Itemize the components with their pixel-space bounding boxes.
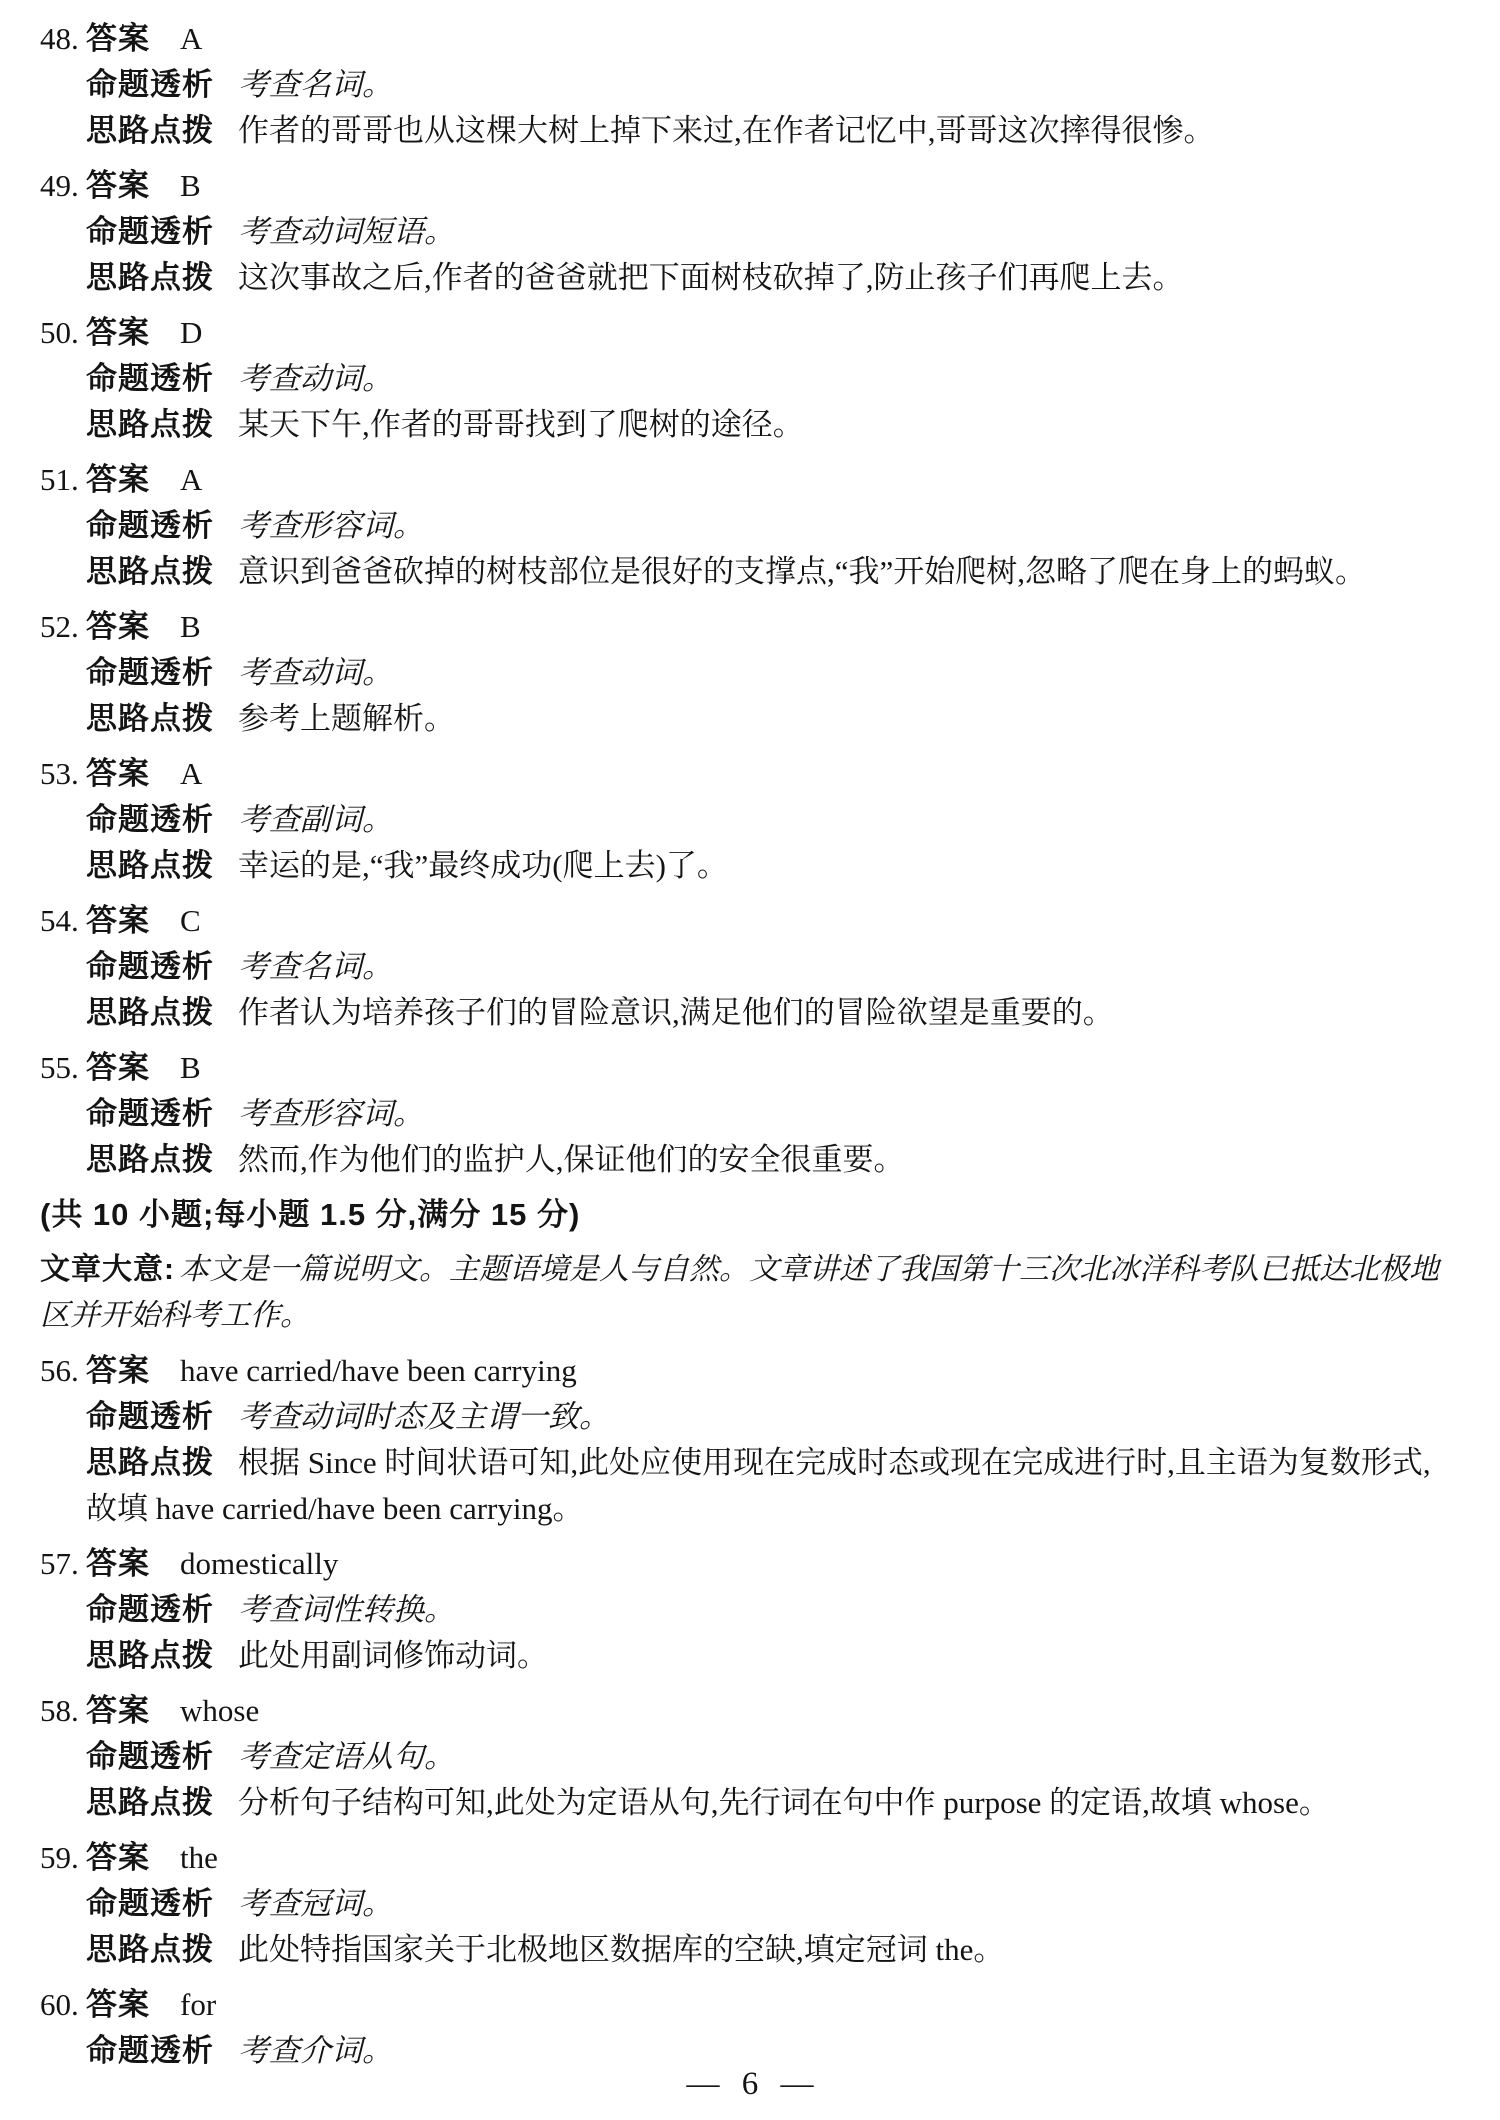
tips-line: 思路点拨此处用副词修饰动词。 bbox=[40, 1633, 1458, 1679]
answer-item: 57.答案domestically 命题透析考查词性转换。 思路点拨此处用副词修… bbox=[40, 1541, 1458, 1679]
tips-label: 思路点拨 bbox=[86, 113, 214, 148]
item-number: 52. bbox=[40, 604, 86, 650]
tips-label: 思路点拨 bbox=[86, 407, 214, 442]
answer-label: 答案 bbox=[86, 315, 150, 350]
answer-label: 答案 bbox=[86, 1840, 150, 1875]
analysis-label: 命题透析 bbox=[86, 1739, 214, 1774]
tips-line: 思路点拨作者认为培养孩子们的冒险意识,满足他们的冒险欲望是重要的。 bbox=[40, 990, 1458, 1036]
answer-value: domestically bbox=[180, 1546, 338, 1581]
tips-line: 思路点拨根据 Since 时间状语可知,此处应使用现在完成时态或现在完成进行时,… bbox=[40, 1440, 1458, 1532]
tips-label: 思路点拨 bbox=[86, 1785, 214, 1820]
answer-value: A bbox=[180, 21, 202, 56]
tips-line: 思路点拨幸运的是,“我”最终成功(爬上去)了。 bbox=[40, 843, 1458, 889]
tips-text: 这次事故之后,作者的爸爸就把下面树枝砍掉了,防止孩子们再爬上去。 bbox=[238, 260, 1184, 295]
tips-line: 思路点拨然而,作为他们的监护人,保证他们的安全很重要。 bbox=[40, 1137, 1458, 1183]
answer-label: 答案 bbox=[86, 1693, 150, 1728]
analysis-label: 命题透析 bbox=[86, 1592, 214, 1627]
answer-item: 59.答案the 命题透析考查冠词。 思路点拨此处特指国家关于北极地区数据库的空… bbox=[40, 1835, 1458, 1973]
answer-item: 55.答案B 命题透析考查形容词。 思路点拨然而,作为他们的监护人,保证他们的安… bbox=[40, 1045, 1458, 1183]
tips-label: 思路点拨 bbox=[86, 995, 214, 1030]
answer-value: B bbox=[180, 168, 201, 203]
answer-line: 58.答案whose bbox=[40, 1688, 1458, 1734]
section-score-note: (共 10 小题;每小题 1.5 分,满分 15 分) bbox=[40, 1192, 1458, 1238]
answer-line: 55.答案B bbox=[40, 1045, 1458, 1091]
answer-value: whose bbox=[180, 1693, 259, 1728]
answer-item: 50.答案D 命题透析考查动词。 思路点拨某天下午,作者的哥哥找到了爬树的途径。 bbox=[40, 310, 1458, 448]
answer-line: 51.答案A bbox=[40, 457, 1458, 503]
tips-line: 思路点拨某天下午,作者的哥哥找到了爬树的途径。 bbox=[40, 402, 1458, 448]
item-number: 60. bbox=[40, 1982, 86, 2028]
tips-label: 思路点拨 bbox=[86, 1932, 214, 1967]
item-number: 58. bbox=[40, 1688, 86, 1734]
answer-line: 53.答案A bbox=[40, 751, 1458, 797]
summary-text: 本文是一篇说明文。主题语境是人与自然。文章讲述了我国第十三次北冰洋科考队已抵达北… bbox=[40, 1253, 1439, 1332]
analysis-text: 考查词性转换。 bbox=[238, 1592, 455, 1627]
tips-line: 思路点拨此处特指国家关于北极地区数据库的空缺,填定冠词 the。 bbox=[40, 1927, 1458, 1973]
answer-value: A bbox=[180, 462, 202, 497]
page-number: — 6 — bbox=[0, 2064, 1500, 2104]
answer-item: 51.答案A 命题透析考查形容词。 思路点拨意识到爸爸砍掉的树枝部位是很好的支撑… bbox=[40, 457, 1458, 595]
tips-label: 思路点拨 bbox=[86, 554, 214, 589]
answer-value: C bbox=[180, 903, 201, 938]
analysis-line: 命题透析考查冠词。 bbox=[40, 1881, 1458, 1927]
analysis-line: 命题透析考查形容词。 bbox=[40, 503, 1458, 549]
analysis-label: 命题透析 bbox=[86, 949, 214, 984]
answer-line: 50.答案D bbox=[40, 310, 1458, 356]
analysis-text: 考查动词。 bbox=[238, 361, 393, 396]
analysis-line: 命题透析考查动词短语。 bbox=[40, 209, 1458, 255]
tips-text: 分析句子结构可知,此处为定语从句,先行词在句中作 purpose 的定语,故填 … bbox=[238, 1785, 1330, 1820]
answer-label: 答案 bbox=[86, 903, 150, 938]
answer-item: 49.答案B 命题透析考查动词短语。 思路点拨这次事故之后,作者的爸爸就把下面树… bbox=[40, 163, 1458, 301]
answer-line: 52.答案B bbox=[40, 604, 1458, 650]
item-number: 54. bbox=[40, 898, 86, 944]
tips-line: 思路点拨这次事故之后,作者的爸爸就把下面树枝砍掉了,防止孩子们再爬上去。 bbox=[40, 255, 1458, 301]
analysis-text: 考查动词短语。 bbox=[238, 214, 455, 249]
tips-text: 根据 Since 时间状语可知,此处应使用现在完成时态或现在完成进行时,且主语为… bbox=[86, 1445, 1431, 1526]
analysis-line: 命题透析考查形容词。 bbox=[40, 1091, 1458, 1137]
analysis-line: 命题透析考查名词。 bbox=[40, 62, 1458, 108]
answer-label: 答案 bbox=[86, 1050, 150, 1085]
answer-line: 54.答案C bbox=[40, 898, 1458, 944]
analysis-text: 考查形容词。 bbox=[238, 1096, 424, 1131]
tips-label: 思路点拨 bbox=[86, 1445, 214, 1480]
tips-line: 思路点拨作者的哥哥也从这棵大树上掉下来过,在作者记忆中,哥哥这次摔得很惨。 bbox=[40, 108, 1458, 154]
passage-summary: 文章大意:本文是一篇说明文。主题语境是人与自然。文章讲述了我国第十三次北冰洋科考… bbox=[40, 1247, 1458, 1339]
tips-line: 思路点拨意识到爸爸砍掉的树枝部位是很好的支撑点,“我”开始爬树,忽略了爬在身上的… bbox=[40, 549, 1458, 595]
analysis-line: 命题透析考查副词。 bbox=[40, 797, 1458, 843]
answer-label: 答案 bbox=[86, 1353, 150, 1388]
answer-value: B bbox=[180, 1050, 201, 1085]
analysis-label: 命题透析 bbox=[86, 1096, 214, 1131]
tips-text: 作者的哥哥也从这棵大树上掉下来过,在作者记忆中,哥哥这次摔得很惨。 bbox=[238, 113, 1215, 148]
analysis-label: 命题透析 bbox=[86, 67, 214, 102]
item-number: 48. bbox=[40, 16, 86, 62]
tips-text: 参考上题解析。 bbox=[238, 701, 455, 736]
answer-value: B bbox=[180, 609, 201, 644]
answer-item: 48.答案A 命题透析考查名词。 思路点拨作者的哥哥也从这棵大树上掉下来过,在作… bbox=[40, 16, 1458, 154]
answer-value: A bbox=[180, 756, 202, 791]
answer-line: 59.答案the bbox=[40, 1835, 1458, 1881]
tips-label: 思路点拨 bbox=[86, 1142, 214, 1177]
summary-label: 文章大意: bbox=[40, 1253, 175, 1286]
answer-item: 53.答案A 命题透析考查副词。 思路点拨幸运的是,“我”最终成功(爬上去)了。 bbox=[40, 751, 1458, 889]
item-number: 56. bbox=[40, 1348, 86, 1394]
answer-label: 答案 bbox=[86, 462, 150, 497]
analysis-label: 命题透析 bbox=[86, 802, 214, 837]
answer-label: 答案 bbox=[86, 1987, 150, 2022]
item-number: 51. bbox=[40, 457, 86, 503]
tips-line: 思路点拨参考上题解析。 bbox=[40, 696, 1458, 742]
tips-text: 幸运的是,“我”最终成功(爬上去)了。 bbox=[238, 848, 728, 883]
item-number: 57. bbox=[40, 1541, 86, 1587]
item-number: 55. bbox=[40, 1045, 86, 1091]
answer-item: 52.答案B 命题透析考查动词。 思路点拨参考上题解析。 bbox=[40, 604, 1458, 742]
analysis-line: 命题透析考查定语从句。 bbox=[40, 1734, 1458, 1780]
analysis-text: 考查动词时态及主谓一致。 bbox=[238, 1399, 610, 1434]
analysis-text: 考查名词。 bbox=[238, 949, 393, 984]
analysis-label: 命题透析 bbox=[86, 214, 214, 249]
answer-label: 答案 bbox=[86, 21, 150, 56]
tips-text: 某天下午,作者的哥哥找到了爬树的途径。 bbox=[238, 407, 804, 442]
tips-text: 此处用副词修饰动词。 bbox=[238, 1638, 548, 1673]
item-number: 59. bbox=[40, 1835, 86, 1881]
tips-label: 思路点拨 bbox=[86, 260, 214, 295]
answer-label: 答案 bbox=[86, 1546, 150, 1581]
analysis-line: 命题透析考查动词。 bbox=[40, 356, 1458, 402]
tips-label: 思路点拨 bbox=[86, 701, 214, 736]
tips-text: 然而,作为他们的监护人,保证他们的安全很重要。 bbox=[238, 1142, 905, 1177]
analysis-line: 命题透析考查动词。 bbox=[40, 650, 1458, 696]
analysis-label: 命题透析 bbox=[86, 1886, 214, 1921]
document-page: 48.答案A 命题透析考查名词。 思路点拨作者的哥哥也从这棵大树上掉下来过,在作… bbox=[0, 0, 1500, 2120]
analysis-line: 命题透析考查动词时态及主谓一致。 bbox=[40, 1394, 1458, 1440]
analysis-label: 命题透析 bbox=[86, 508, 214, 543]
item-number: 53. bbox=[40, 751, 86, 797]
tips-text: 意识到爸爸砍掉的树枝部位是很好的支撑点,“我”开始爬树,忽略了爬在身上的蚂蚁。 bbox=[238, 554, 1366, 589]
answer-label: 答案 bbox=[86, 756, 150, 791]
item-number: 50. bbox=[40, 310, 86, 356]
analysis-text: 考查冠词。 bbox=[238, 1886, 393, 1921]
tips-line: 思路点拨分析句子结构可知,此处为定语从句,先行词在句中作 purpose 的定语… bbox=[40, 1780, 1458, 1826]
analysis-label: 命题透析 bbox=[86, 2033, 214, 2068]
analysis-text: 考查形容词。 bbox=[238, 508, 424, 543]
analysis-line: 命题透析考查名词。 bbox=[40, 944, 1458, 990]
analysis-label: 命题透析 bbox=[86, 1399, 214, 1434]
analysis-text: 考查动词。 bbox=[238, 655, 393, 690]
item-number: 49. bbox=[40, 163, 86, 209]
answer-line: 60.答案for bbox=[40, 1982, 1458, 2028]
answer-key-content: 48.答案A 命题透析考查名词。 思路点拨作者的哥哥也从这棵大树上掉下来过,在作… bbox=[0, 0, 1500, 2074]
answer-line: 57.答案domestically bbox=[40, 1541, 1458, 1587]
answer-item: 54.答案C 命题透析考查名词。 思路点拨作者认为培养孩子们的冒险意识,满足他们… bbox=[40, 898, 1458, 1036]
answer-label: 答案 bbox=[86, 168, 150, 203]
answer-item: 58.答案whose 命题透析考查定语从句。 思路点拨分析句子结构可知,此处为定… bbox=[40, 1688, 1458, 1826]
analysis-text: 考查副词。 bbox=[238, 802, 393, 837]
tips-text: 此处特指国家关于北极地区数据库的空缺,填定冠词 the。 bbox=[238, 1932, 1004, 1967]
analysis-text: 考查定语从句。 bbox=[238, 1739, 455, 1774]
answer-line: 49.答案B bbox=[40, 163, 1458, 209]
answer-line: 56.答案have carried/have been carrying bbox=[40, 1348, 1458, 1394]
answer-label: 答案 bbox=[86, 609, 150, 644]
answer-line: 48.答案A bbox=[40, 16, 1458, 62]
answer-value: have carried/have been carrying bbox=[180, 1353, 577, 1388]
analysis-line: 命题透析考查词性转换。 bbox=[40, 1587, 1458, 1633]
answer-value: D bbox=[180, 315, 202, 350]
analysis-text: 考查介词。 bbox=[238, 2033, 393, 2068]
tips-label: 思路点拨 bbox=[86, 1638, 214, 1673]
tips-label: 思路点拨 bbox=[86, 848, 214, 883]
answer-item: 60.答案for 命题透析考查介词。 bbox=[40, 1982, 1458, 2074]
answer-value: for bbox=[180, 1987, 216, 2022]
tips-text: 作者认为培养孩子们的冒险意识,满足他们的冒险欲望是重要的。 bbox=[238, 995, 1114, 1030]
analysis-text: 考查名词。 bbox=[238, 67, 393, 102]
answer-item: 56.答案have carried/have been carrying 命题透… bbox=[40, 1348, 1458, 1532]
answer-value: the bbox=[180, 1840, 218, 1875]
analysis-label: 命题透析 bbox=[86, 361, 214, 396]
analysis-label: 命题透析 bbox=[86, 655, 214, 690]
